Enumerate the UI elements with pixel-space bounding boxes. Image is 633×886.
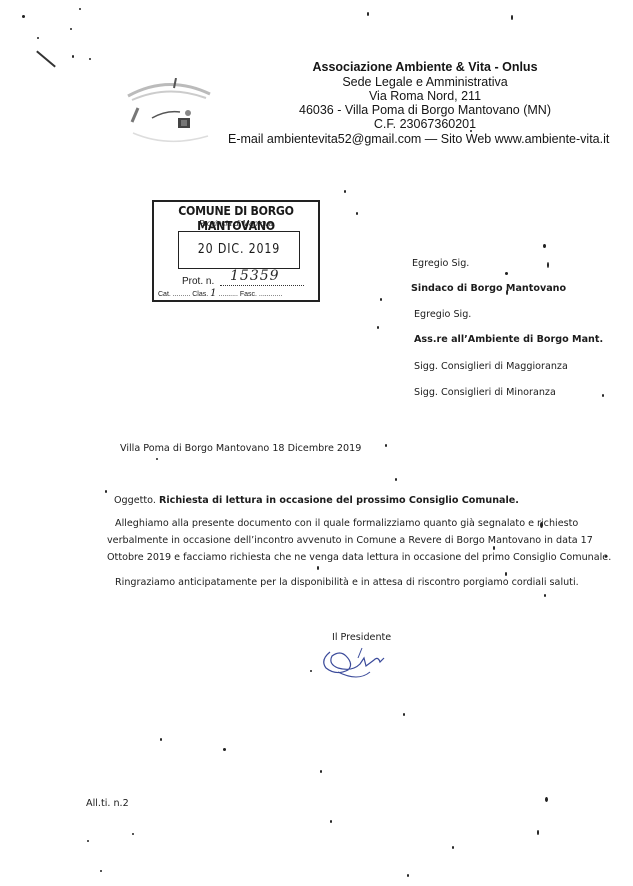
- recipient-line: Egregio Sig.: [412, 258, 469, 269]
- stamp-clas-label: Clas.: [192, 291, 208, 298]
- attachments-note: All.ti. n.2: [86, 798, 129, 809]
- body-closing: Ringraziamo anticipatamente per la dispo…: [115, 577, 579, 588]
- body-line: Ottobre 2019 e facciamo richiesta che ne…: [107, 552, 611, 563]
- organization-name: Associazione Ambiente & Vita - Onlus: [225, 60, 625, 75]
- scan-streak: [36, 51, 56, 68]
- recipient-line: Egregio Sig.: [414, 309, 471, 320]
- stamp-clas-value: 1: [210, 288, 216, 299]
- recipient-line: Sigg. Consiglieri di Minoranza: [414, 387, 556, 398]
- stamp-subtitle: Provincia di Mantova: [154, 219, 318, 228]
- contact-line: E-mail ambientevita52@gmail.com — Sito W…: [228, 132, 609, 146]
- place-date: Villa Poma di Borgo Mantovano 18 Dicembr…: [120, 443, 361, 454]
- stamp-cat-label: Cat. .........: [158, 291, 190, 298]
- subject-line: Oggetto. Richiesta di lettura in occasio…: [114, 495, 519, 506]
- subject-text: Richiesta di lettura in occasione del pr…: [159, 495, 519, 506]
- association-logo-icon: [118, 78, 218, 148]
- stamp-prot-number: 15359: [230, 268, 280, 284]
- stamp-title: COMUNE DI BORGO MANTOVANO: [164, 203, 308, 233]
- tax-code: C.F. 23067360201: [225, 117, 625, 132]
- body-line: Alleghiamo alla presente documento con i…: [115, 518, 578, 529]
- stamp-classification: Cat. ......... Clas. 1 .......... Fasc. …: [158, 288, 282, 299]
- recipient-line: Ass.re all’Ambiente di Borgo Mant.: [414, 334, 603, 345]
- protocol-stamp: COMUNE DI BORGO MANTOVANO Provincia di M…: [152, 200, 320, 302]
- body-line: verbalmente in occasione dell’incontro a…: [107, 535, 593, 546]
- recipient-line: Sindaco di Borgo Mantovano: [411, 283, 566, 294]
- stamp-prot-label: Prot. n.: [182, 276, 214, 287]
- subject-label: Oggetto.: [114, 495, 156, 506]
- stamp-fasc-label: .......... Fasc. ............: [218, 291, 282, 298]
- office-label: Sede Legale e Amministrativa: [225, 75, 625, 90]
- stamp-date: 20 DIC. 2019: [188, 242, 290, 257]
- stamp-prot-line: [220, 285, 304, 286]
- stamp-date-box: 20 DIC. 2019: [178, 231, 300, 269]
- city-address: 46036 - Villa Poma di Borgo Mantovano (M…: [225, 103, 625, 118]
- street-address: Via Roma Nord, 211: [225, 89, 625, 104]
- handwritten-signature-icon: [318, 642, 388, 678]
- recipient-line: Sigg. Consiglieri di Maggioranza: [414, 361, 568, 372]
